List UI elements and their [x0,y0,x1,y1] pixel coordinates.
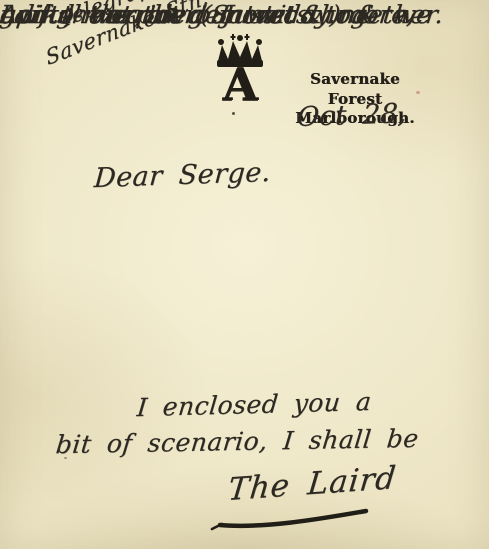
crest: A [208,33,272,107]
body-line: going out to get wet thro' [0,0,374,29]
salutation: Dear Serge. [93,157,272,194]
letter-date: Oct 28, [296,98,408,133]
ink-speck [232,112,235,115]
letter-page: Telegraph Savernake Stn. A Savernake For… [0,0,489,549]
ink-speck [64,457,67,459]
signature: The Laird [226,460,398,508]
body-line: bit of scenario, I shall be [55,424,421,459]
body-line: I enclosed you a [136,387,373,422]
paper-speck [416,91,420,94]
signature-flourish [210,507,370,533]
monogram-letter: A [208,62,272,107]
